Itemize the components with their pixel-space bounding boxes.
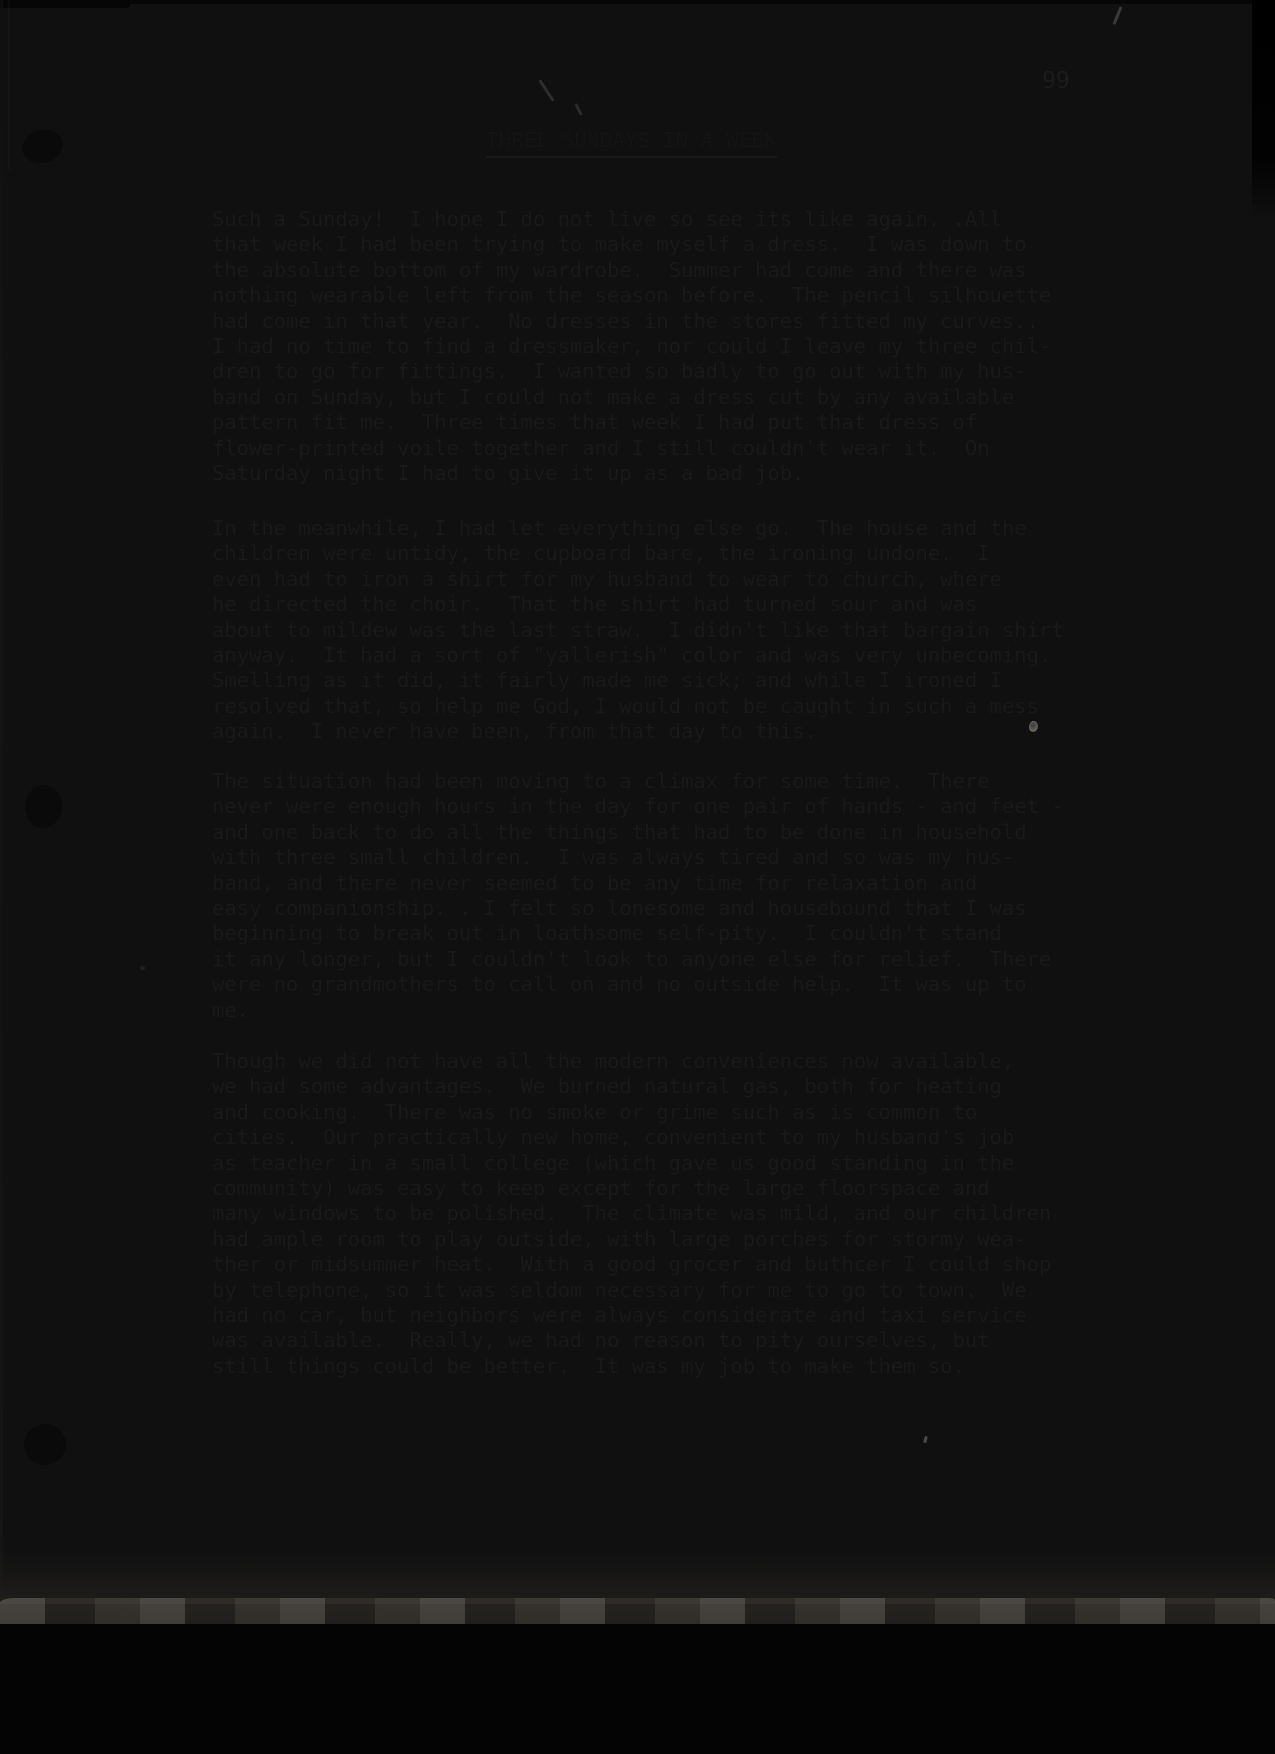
ink-tick-bottom	[923, 1436, 927, 1443]
scan-right-edge-strip	[1252, 0, 1275, 218]
paragraph-2: In the meanwhile, I had let everything e…	[212, 516, 1064, 745]
stray-slash-mark-top-right	[1113, 6, 1122, 25]
stray-pen-mark	[538, 79, 554, 102]
scan-top-edge	[0, 0, 1275, 4]
hole-punch-top	[19, 126, 67, 168]
scanned-document-page: 99 THREE SUNDAYS IN A WEEK Such a Sunday…	[0, 0, 1275, 1754]
scan-top-left-edge	[0, 0, 130, 8]
paper-bottom-shadow	[0, 1548, 1275, 1604]
document-title: THREE SUNDAYS IN A WEEK	[486, 128, 777, 158]
page-number: 99	[1042, 68, 1070, 94]
scan-left-edge-faint-line	[8, 0, 10, 170]
hole-punch-middle	[24, 784, 64, 829]
stray-accent-mark-over-title	[574, 103, 582, 116]
paper-smudge	[140, 966, 145, 970]
scan-left-edge-line	[0, 0, 3, 1612]
paragraph-4: Though we did not have all the modern co…	[212, 1049, 1051, 1379]
paragraph-3: The situation had been moving to a clima…	[212, 769, 1064, 1023]
scan-bottom-black-band	[0, 1624, 1275, 1754]
paragraph-1: Such a Sunday! I hope I do not live so s…	[212, 207, 1051, 486]
hole-punch-bottom	[21, 1421, 68, 1467]
